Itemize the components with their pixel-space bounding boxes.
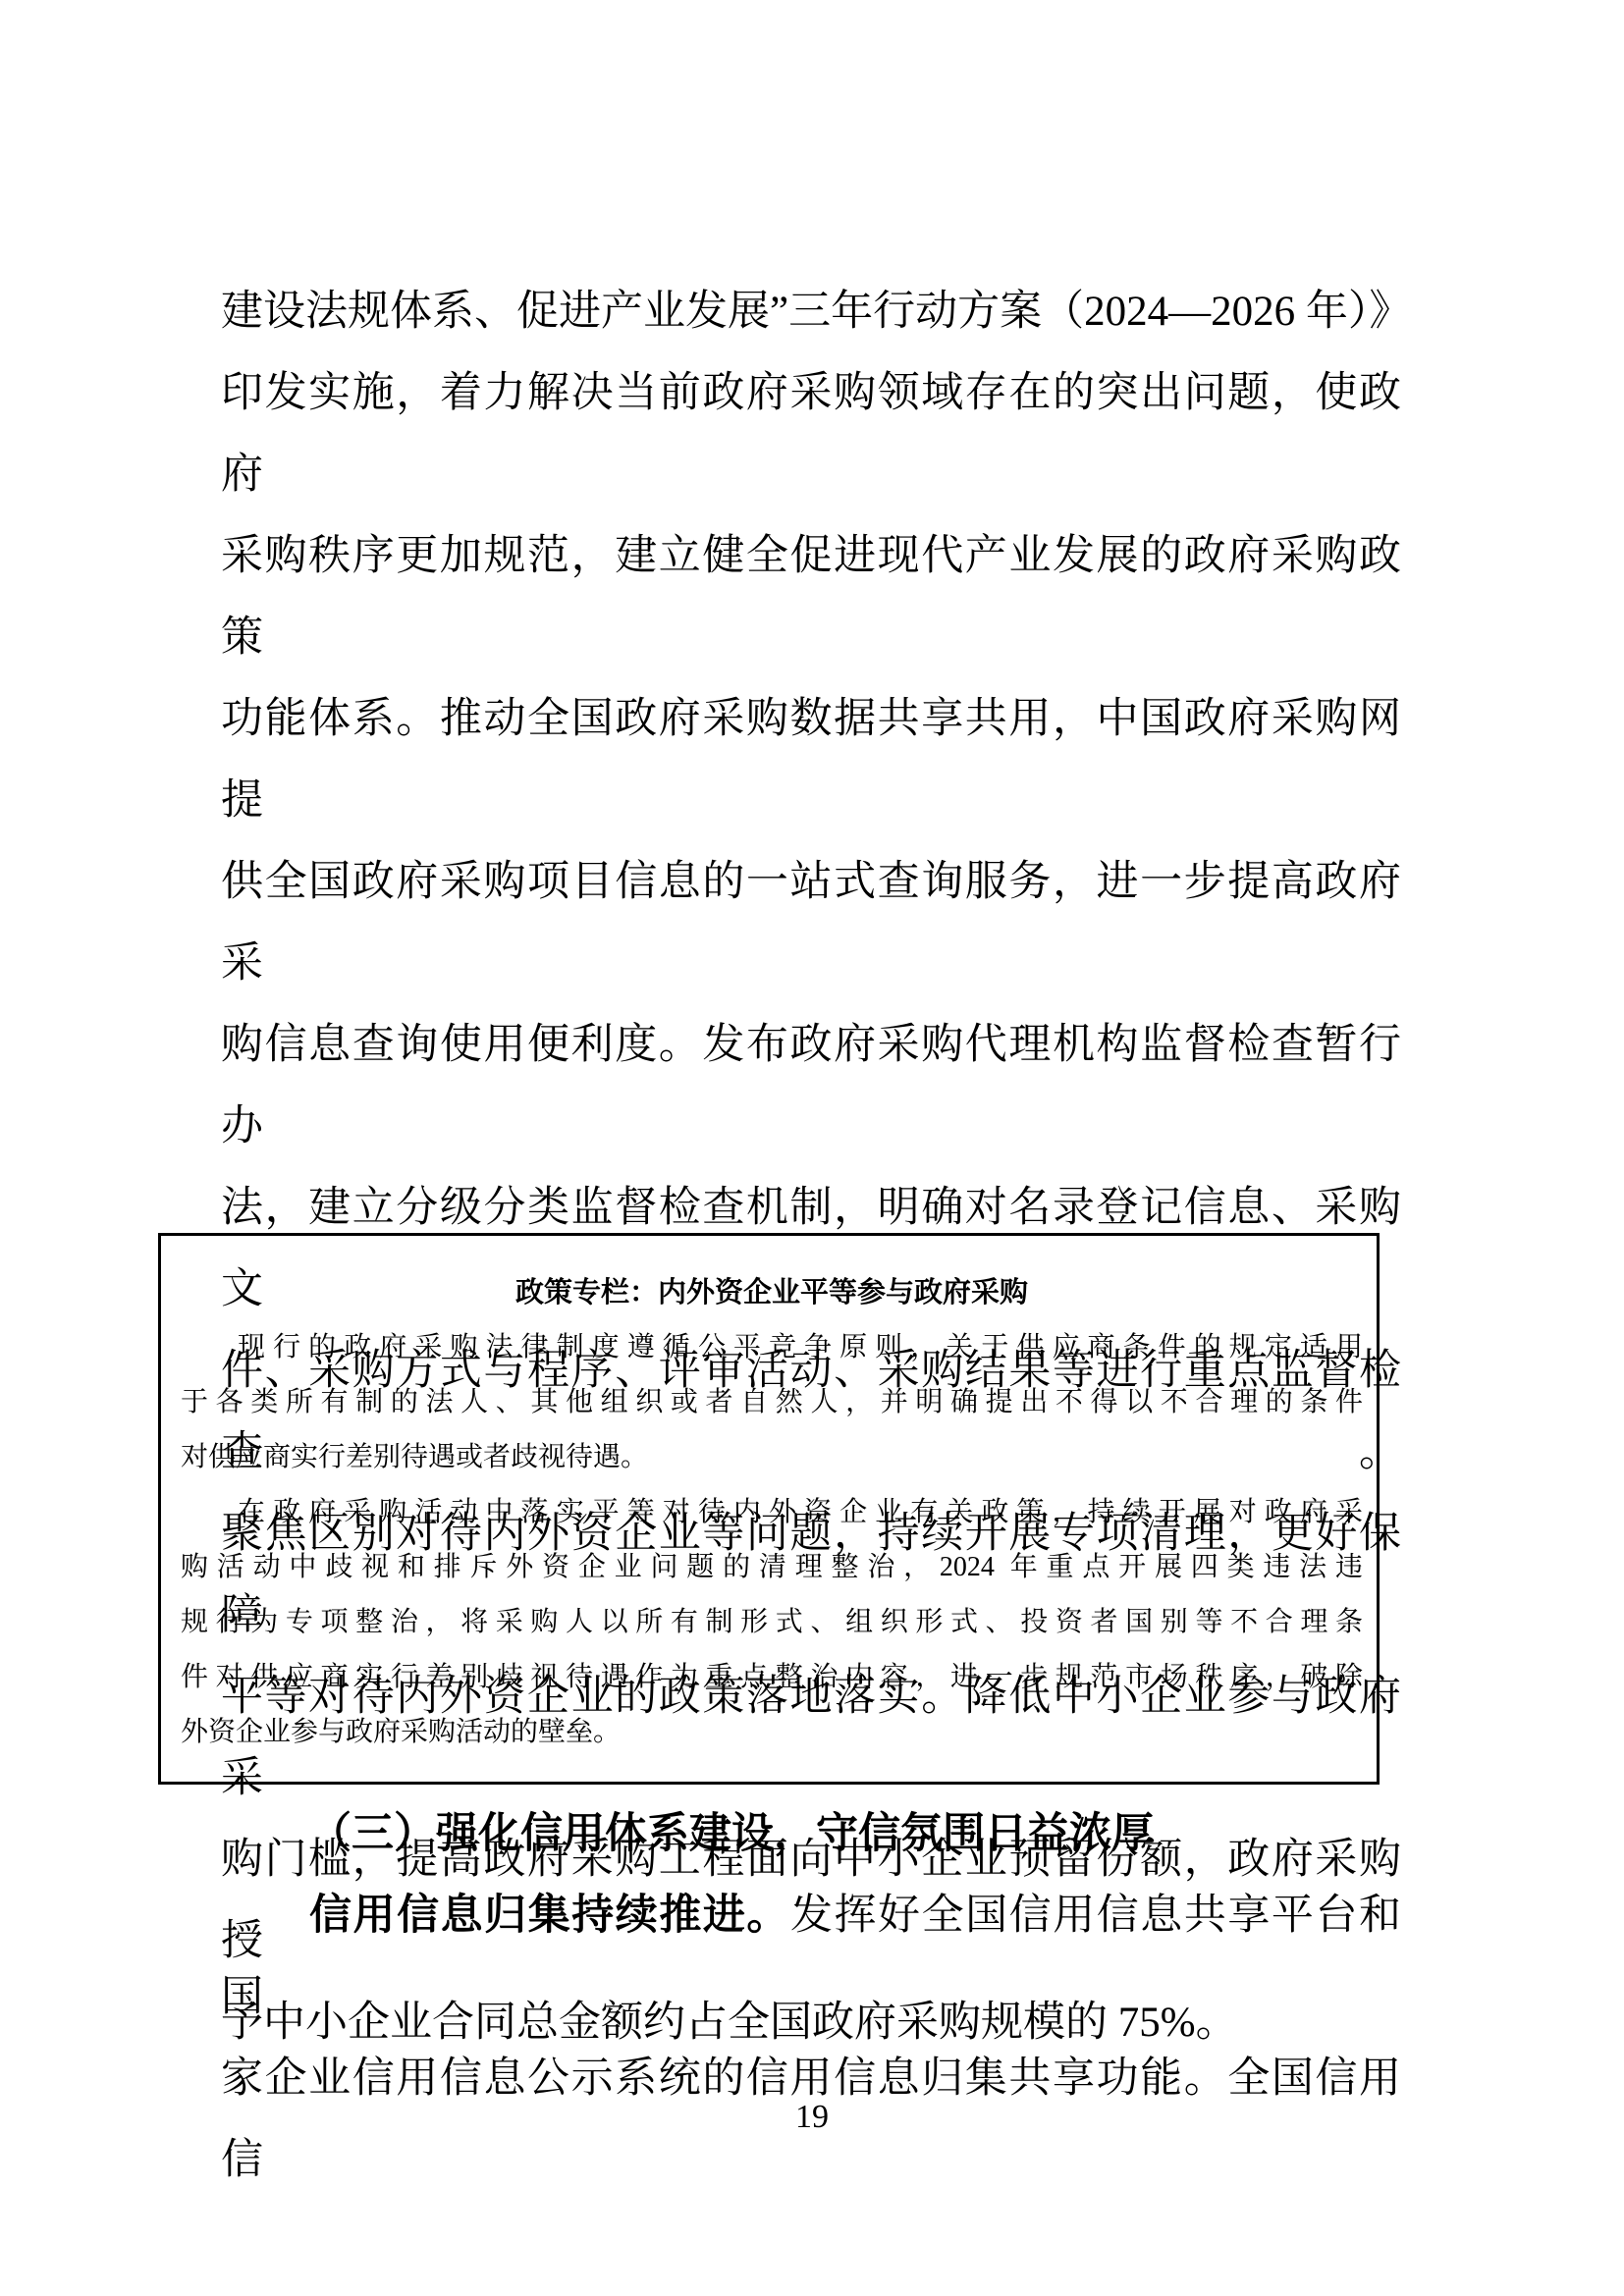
credit-paragraph-line: 信用信息归集持续推进。发挥好全国信用信息共享平台和国 bbox=[221, 1875, 1401, 2038]
policy-box-line: 外资企业参与政府采购活动的壁垒。 bbox=[181, 1705, 1363, 1760]
policy-column-box: 政策专栏：内外资企业平等参与政府采购 现行的政府采购法律制度遵循公平竞争原则，关… bbox=[158, 1233, 1380, 1785]
policy-box-line: 购活动中歧视和排斥外资企业问题的清理整治，2024 年重点开展四类违法违 bbox=[181, 1540, 1363, 1595]
body-line: 供全国政府采购项目信息的一站式查询服务，进一步提高政府采 bbox=[221, 841, 1401, 1004]
policy-box-line: 件对供应商实行差别歧视待遇作为重点整治内容，进一步规范市场秩序，破除 bbox=[181, 1650, 1363, 1705]
section-heading: （三）强化信用体系建设，守信氛围日益浓厚 bbox=[221, 1793, 1401, 1875]
document-page: 建设法规体系、促进产业发展”三年行动方案（2024—2026 年）》 印发实施，… bbox=[0, 0, 1624, 2296]
policy-box-line: 于各类所有制的法人、其他组织或者自然人，并明确提出不得以不合理的条件 bbox=[181, 1375, 1363, 1430]
policy-box-line: 在政府采购活动中落实平等对待内外资企业有关政策，持续开展对政府采 bbox=[181, 1485, 1363, 1540]
body-line: 采购秩序更加规范，建立健全促进现代产业发展的政府采购政策 bbox=[221, 515, 1401, 678]
page-number: 19 bbox=[0, 2093, 1624, 2142]
policy-box-line: 规行为专项整治，将采购人以所有制形式、组织形式、投资者国别等不合理条 bbox=[181, 1595, 1363, 1650]
policy-box-line: 对供应商实行差别待遇或者歧视待遇。 bbox=[181, 1430, 1363, 1485]
body-line: 建设法规体系、促进产业发展”三年行动方案（2024—2026 年）》 bbox=[221, 271, 1401, 352]
credit-paragraph-bold-lead: 信用信息归集持续推进。 bbox=[309, 1892, 790, 1939]
policy-box-line: 现行的政府采购法律制度遵循公平竞争原则，关于供应商条件的规定适用 bbox=[181, 1320, 1363, 1375]
body-line: 印发实施，着力解决当前政府采购领域存在的突出问题，使政府 bbox=[221, 352, 1401, 515]
policy-box-title: 政策专栏：内外资企业平等参与政府采购 bbox=[181, 1265, 1363, 1320]
body-line: 购信息查询使用便利度。发布政府采购代理机构监督检查暂行办 bbox=[221, 1004, 1401, 1167]
body-line: 功能体系。推动全国政府采购数据共享共用，中国政府采购网提 bbox=[221, 678, 1401, 841]
